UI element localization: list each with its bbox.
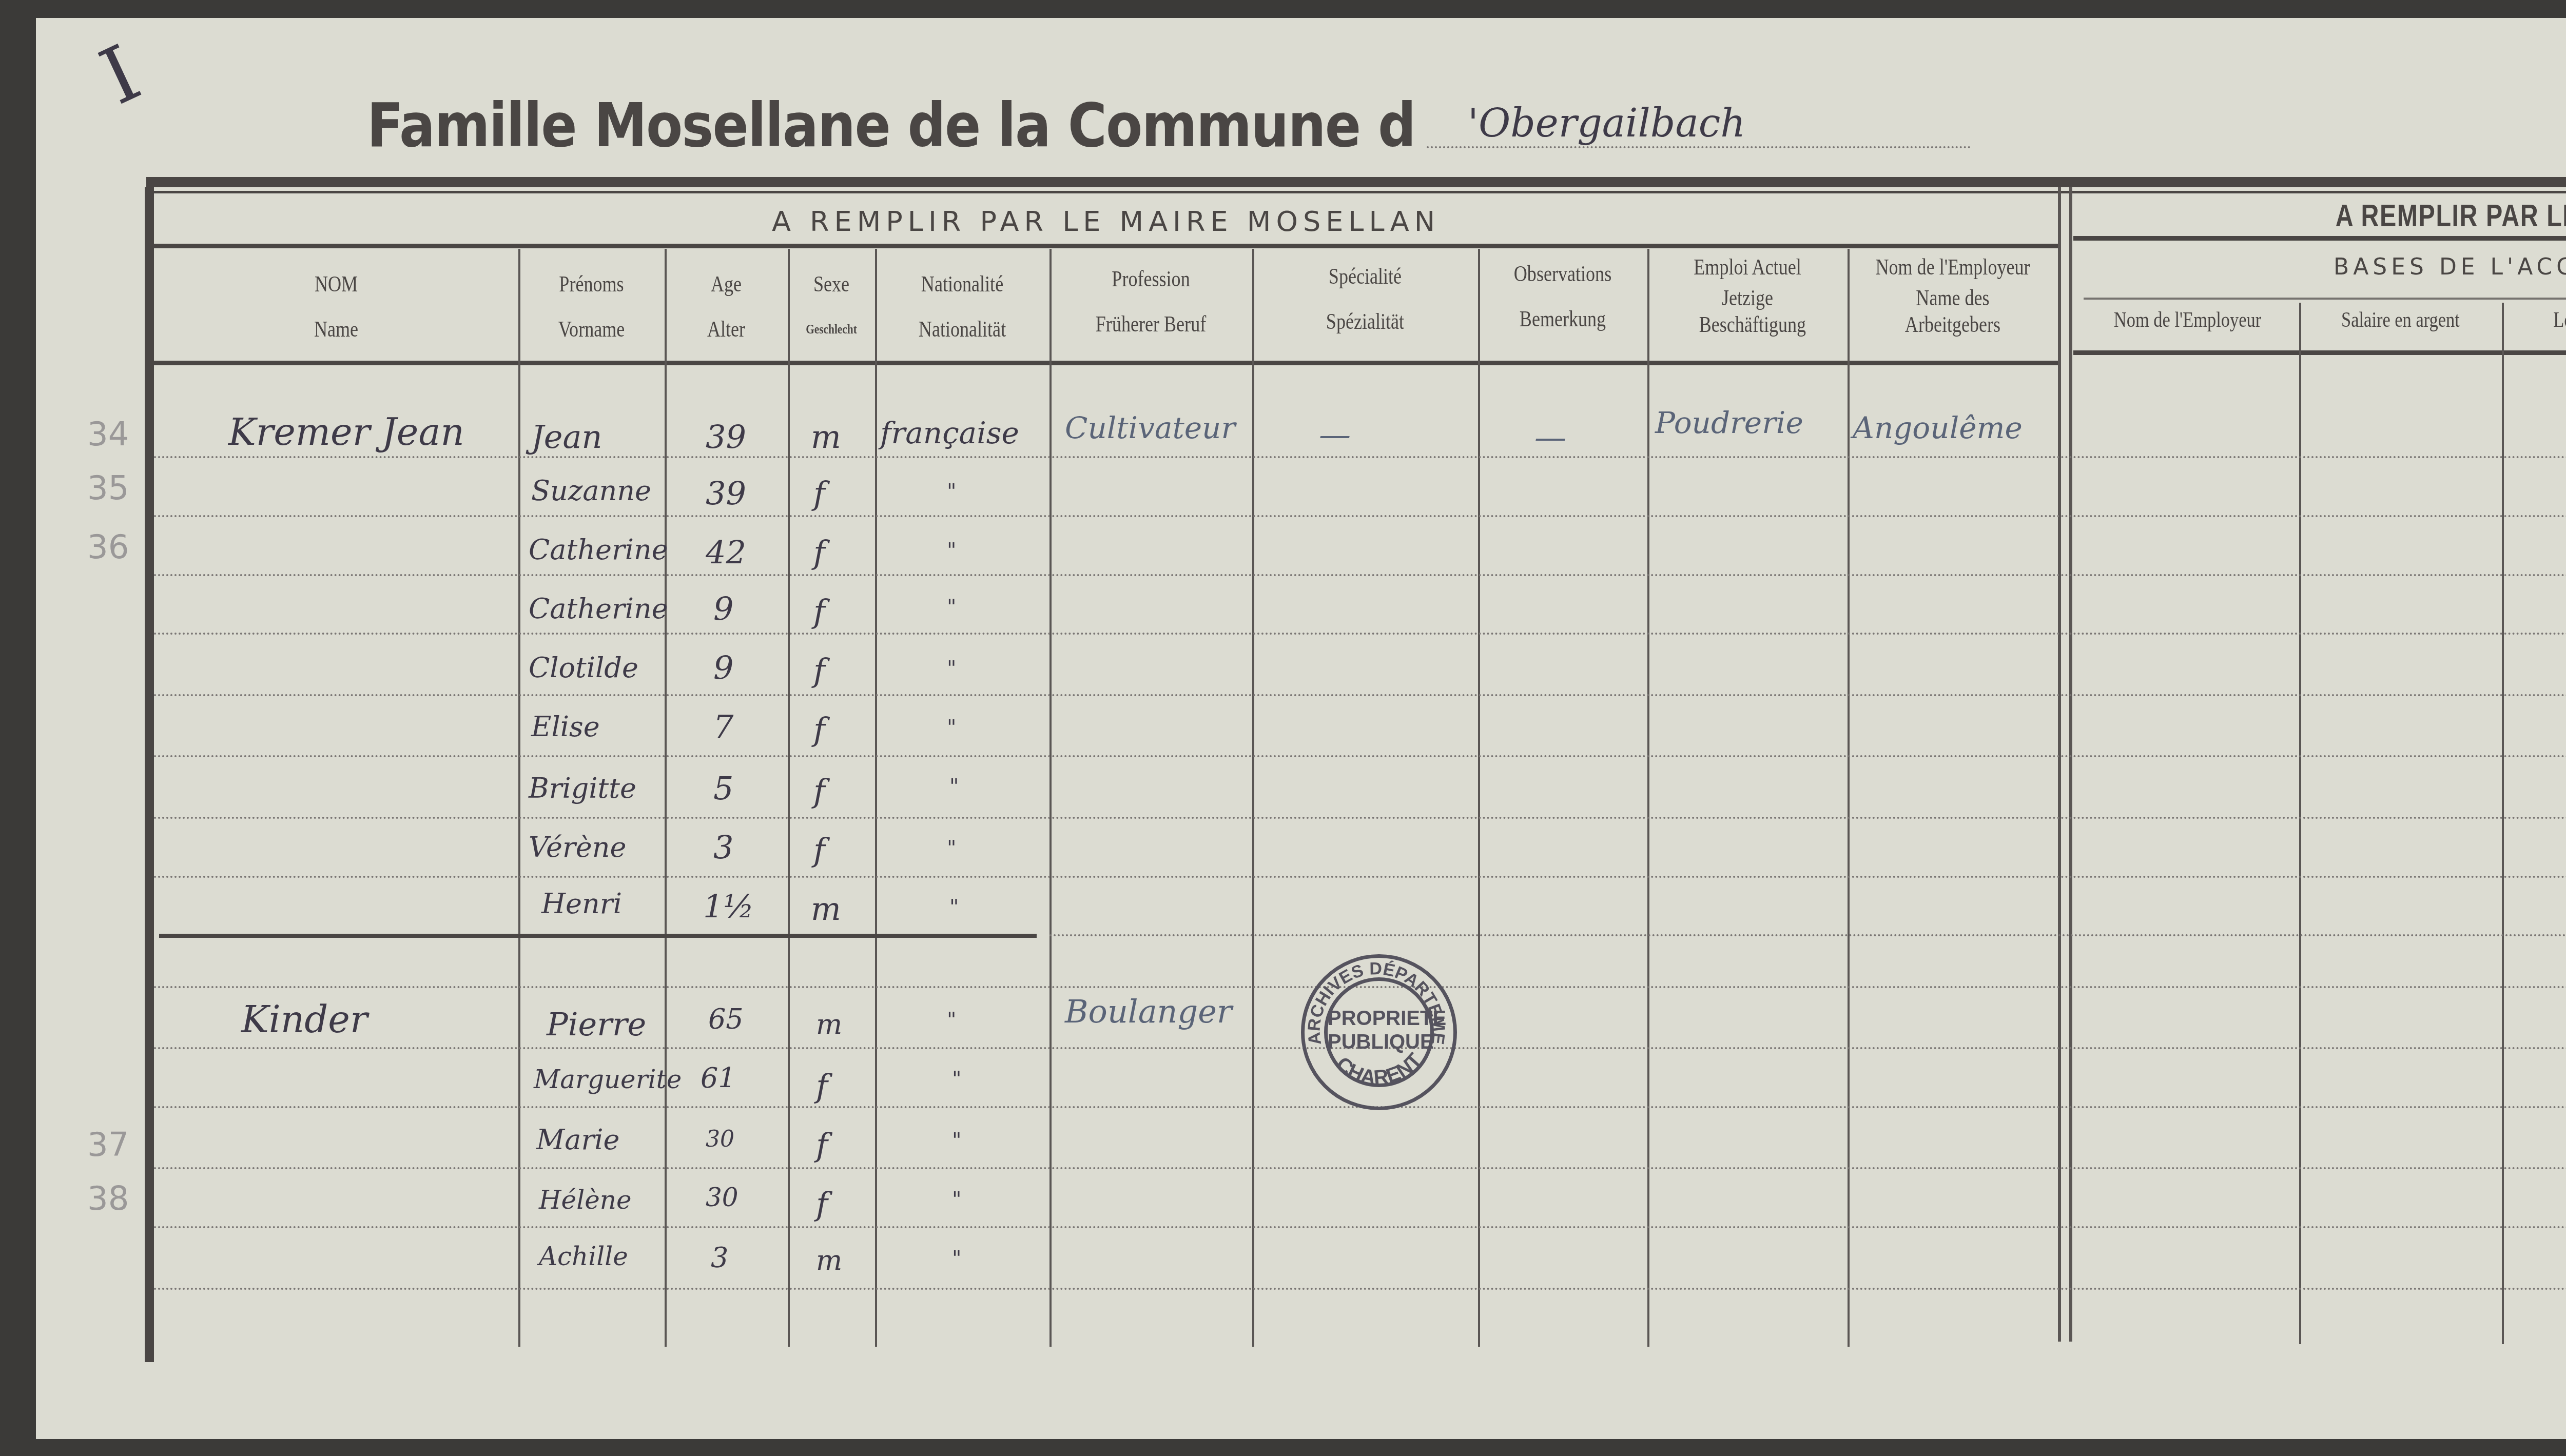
family-separator [159, 934, 1037, 938]
row-line [154, 755, 2566, 757]
row-line [154, 456, 2566, 458]
cell-sexe: m [811, 418, 841, 456]
cell-prenom: Achille [539, 1242, 628, 1271]
col-header-specialite-de: Spézialität [1273, 307, 1458, 337]
col-header-specialite: Spécialité Spézialität [1273, 262, 1458, 337]
row-line [154, 876, 2566, 878]
col-header-salaire: Salaire en argent [2318, 305, 2484, 335]
cell-prenom: Catherine [529, 593, 668, 625]
cell-sexe: m [816, 1008, 842, 1040]
cell-profession: Boulanger [1065, 993, 1232, 1030]
cell-prenom: Vérène [529, 831, 627, 863]
cell-nationalite: " [952, 1247, 961, 1270]
band-rule-left [154, 244, 2058, 248]
col-divider [1252, 249, 1254, 1347]
cell-sexe: m [816, 1244, 842, 1276]
col-header-nationalite: Nationalité Nationalität [891, 269, 1034, 344]
table-top-rule [146, 191, 2566, 193]
band-rule-right [2073, 236, 2566, 241]
stamp-center-text: PROPRIETE PUBLIQUE [1328, 1007, 1430, 1054]
cell-sexe: m [811, 890, 841, 928]
cell-age: 65 [708, 1003, 744, 1035]
left-band-title: A REMPLIR PAR LE MAIRE MOSELLAN [154, 205, 2058, 238]
col-header-observations: Observations Bemerkung [1493, 259, 1632, 334]
stamp-center-line2: PUBLIQUE [1328, 1030, 1430, 1054]
col-header-nom-de: Name [187, 314, 485, 344]
col-header-prenoms-de: Vorname [532, 314, 652, 344]
col-header-nom-fr: NOM [315, 271, 358, 297]
cell-profession: Cultivateur [1065, 410, 1235, 445]
cell-prenom: Suzanne [531, 475, 651, 507]
margin-number: 36 [87, 528, 129, 566]
col-divider [2299, 303, 2301, 1344]
cell-age: 5 [713, 770, 733, 807]
cell-age: 30 [706, 1126, 734, 1152]
cell-age: 39 [706, 418, 746, 456]
cell-observations: — [1534, 418, 1566, 456]
row-line [1049, 934, 2566, 936]
cell-nationalite: " [952, 1188, 961, 1211]
cell-sexe: f [813, 831, 825, 869]
col-header-nom-employeur: Nom de l'Employeur [2096, 305, 2279, 335]
col-divider [2502, 303, 2504, 1344]
margin-number: 38 [87, 1180, 129, 1218]
col-header-employeur: Nom de l'Employeur Name des Arbeitgebers [1867, 254, 2039, 338]
cell-nationalite: française [880, 416, 1019, 450]
col-header-profession-fr: Profession [1112, 266, 1190, 291]
margin-number: 35 [87, 469, 129, 507]
cell-nationalite: " [952, 1067, 961, 1091]
cell-sexe: f [813, 711, 825, 748]
row-line [154, 817, 2566, 819]
cell-emploi-actuel: Poudrerie [1655, 405, 1803, 440]
cell-specialite: — [1319, 416, 1351, 453]
col-divider [665, 249, 667, 1347]
col-divider [1478, 249, 1480, 1347]
commune-underline [1427, 146, 1971, 148]
cell-prenom: Catherine [529, 534, 668, 566]
cell-nationalite: " [947, 480, 956, 503]
col-header-emploi-de: Jetzige Beschäftigung [1699, 285, 1796, 338]
cell-nationalite: " [947, 716, 956, 739]
margin-number: 37 [87, 1126, 129, 1164]
cell-sexe: f [816, 1126, 828, 1164]
cell-prenom: Henri [541, 888, 622, 920]
cell-sexe: f [813, 772, 825, 810]
cell-age: 42 [706, 534, 746, 571]
col-divider [788, 249, 790, 1347]
family-name: Kremer Jean [228, 410, 464, 454]
col-header-logement: Logement [2518, 305, 2566, 335]
col-header-nationalite-de: Nationalität [891, 314, 1034, 344]
row-line [154, 1167, 2566, 1169]
col-header-prenoms: Prénoms Vorname [532, 269, 652, 344]
cell-sexe: f [813, 534, 825, 571]
group-title-bases-accord: BASES DE L'ACCORD [2073, 254, 2566, 280]
cell-sexe: f [816, 1067, 828, 1105]
cell-prenom: Hélène [539, 1185, 632, 1215]
cell-nationalite: " [947, 1008, 956, 1032]
col-header-sexe-fr: Sexe [813, 271, 849, 297]
family-name: Kinder [241, 998, 367, 1041]
cell-prenom: Brigitte [529, 772, 636, 804]
col-header-observations-de: Bemerkung [1493, 304, 1632, 334]
cell-sexe: f [816, 1185, 828, 1223]
col-divider [1848, 249, 1850, 1347]
col-divider [875, 249, 877, 1347]
cell-age: 39 [706, 475, 746, 512]
row-line [154, 1288, 2566, 1290]
cell-nationalite: " [947, 539, 956, 562]
cell-age: 7 [713, 708, 733, 745]
cell-prenom: Marguerite [534, 1065, 682, 1094]
cell-age: 1½ [703, 888, 754, 925]
col-header-prenoms-fr: Prénoms [559, 271, 624, 297]
col-header-specialite-fr: Spécialité [1329, 264, 1402, 289]
cell-sexe: f [813, 475, 825, 512]
page-title-left: Famille Mosellane de la Commune d [367, 90, 1415, 161]
table-left-border [145, 187, 154, 1362]
cell-age: 30 [706, 1183, 738, 1212]
cell-nationalite: " [947, 595, 956, 619]
cell-age: 9 [713, 590, 733, 627]
cell-nationalite: " [949, 775, 959, 798]
row-line [154, 1226, 2566, 1228]
row-line [154, 633, 2566, 635]
cell-prenom: Clotilde [529, 652, 638, 684]
col-header-emploi: Emploi Actuel Jetzige Beschäftigung [1665, 254, 1830, 338]
cell-nationalite: " [947, 657, 956, 680]
header-bottom-rule-right [2073, 350, 2566, 355]
col-header-age-de: Alter [676, 314, 777, 344]
col-header-sexe: Sexe Geschlecht [795, 269, 867, 344]
col-header-emploi-fr: Emploi Actuel [1665, 254, 1830, 281]
stamp-center-line1: PROPRIETE [1328, 1007, 1430, 1030]
cell-nationalite: " [947, 836, 956, 860]
row-line [154, 694, 2566, 696]
header-bottom-rule-left [154, 361, 2058, 365]
col-header-profession-de: Früherer Beruf [1068, 309, 1234, 339]
col-divider [1647, 249, 1649, 1347]
col-header-observations-fr: Observations [1514, 261, 1611, 286]
cell-employeur: Angoulême [1853, 410, 2023, 445]
col-header-employeur-fr: Nom de l'Employeur [1867, 254, 2039, 281]
commune-name: 'Obergailbach [1468, 100, 1745, 146]
archive-stamp: ARCHIVES DÉPARTEMENTALES CHARENTE PROPRI… [1301, 954, 1457, 1110]
cell-prenom: Elise [531, 711, 600, 743]
col-header-nationalite-fr: Nationalité [921, 271, 1003, 297]
col-divider [518, 249, 520, 1347]
col-header-age-fr: Age [711, 271, 742, 297]
cell-prenom: Pierre [547, 1006, 646, 1043]
col-header-profession: Profession Früherer Beruf [1068, 264, 1234, 339]
cell-age: 61 [701, 1062, 736, 1094]
table-top-border [146, 177, 2566, 187]
cell-prenom: Jean [531, 418, 602, 456]
col-header-sexe-de: Geschlecht [795, 314, 867, 344]
cell-sexe: f [813, 652, 825, 689]
row-line [154, 515, 2566, 517]
cell-age: 3 [711, 1242, 728, 1274]
right-band-title: A REMPLIR PAR LE PRÉSIDENT DU COMITÉ COM… [2250, 198, 2566, 234]
col-header-nom: NOM Name [187, 269, 485, 344]
group-brace [2084, 298, 2566, 300]
row-line [154, 574, 2566, 576]
cell-nationalite: " [949, 895, 959, 919]
cell-sexe: f [813, 593, 825, 630]
col-header-age: Age Alter [676, 269, 777, 344]
col-divider [1049, 249, 1052, 1347]
cell-nationalite: " [952, 1129, 961, 1152]
cell-age: 3 [713, 829, 733, 866]
cell-age: 9 [713, 649, 733, 686]
cell-prenom: Marie [536, 1124, 620, 1156]
col-header-employeur-de: Name des Arbeitgebers [1894, 285, 2012, 338]
margin-number: 34 [87, 416, 129, 454]
